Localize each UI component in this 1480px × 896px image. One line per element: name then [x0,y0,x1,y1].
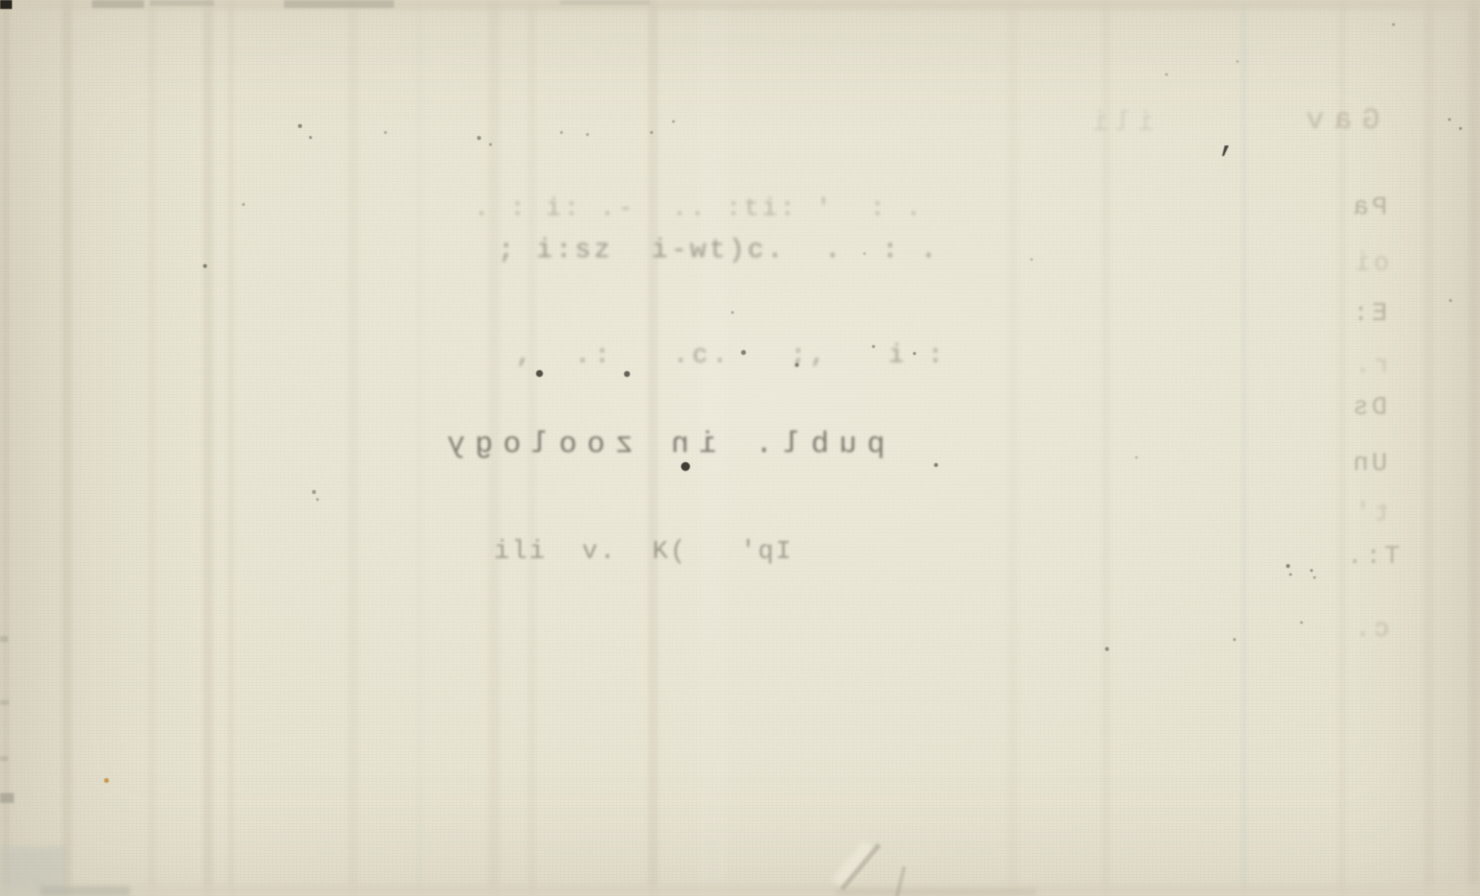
paper-streak [1243,0,1245,896]
corner-nick [0,0,12,9]
dust-speck [1286,564,1290,568]
paper-streak [1468,0,1480,896]
bleed-text-col-row3: E: [1350,300,1387,326]
left-edge-mark [0,756,8,761]
dust-speck [298,124,302,128]
bleed-text-col-row6: Un [1350,450,1387,476]
bleed-text-line5: ili v. K( 'qI [494,538,793,564]
bleed-text-line2: ; i:sz i-wt)c. . : . [498,238,940,265]
dust-speck [672,120,675,123]
dust-speck [1165,73,1168,76]
dust-speck [1313,576,1316,579]
dust-speck [1105,647,1109,651]
dust-speck [312,490,316,494]
top-edge-smudge [284,0,394,8]
dust-speck [1030,258,1033,261]
dust-speck [316,498,319,501]
bleed-text-title-gav: Gav [1296,106,1380,136]
paper-streak [348,0,358,896]
dust-speck [650,131,653,134]
dust-speck [489,143,492,146]
bleed-text-col-row5: Ds [1350,394,1387,420]
bleed-text-title-strokes: ili [1086,110,1154,138]
dust-speck [309,136,312,139]
dust-speck [1233,638,1236,641]
dust-speck [1310,569,1313,572]
dust-speck [934,463,938,467]
bleed-text-line4-publ-in-zoology: publ. in zoology [437,430,885,460]
bleed-text-col-row8: T:. [1344,543,1400,569]
dust-speck [1236,60,1239,63]
dust-speck [536,370,543,377]
top-edge-smudge [560,0,650,5]
bottom-edge-band [0,884,1480,896]
paper-streak [228,0,234,896]
dust-speck [731,311,734,314]
dust-speck [681,462,690,471]
dust-speck [586,133,589,136]
paper-streak [203,0,213,896]
bleed-text-line3: , .: .c. ;, i : [516,342,947,368]
dust-speck [1300,621,1303,624]
bleed-text-col-row4: r. [1352,352,1389,378]
dust-speck [104,778,109,783]
bleed-text-line1: . : i: .- .. :ti: ' : . [474,196,924,221]
paper-streak [1008,0,1018,896]
dust-speck [560,131,563,134]
bleed-text-title-comma: , [1218,126,1237,158]
dust-speck [1459,127,1462,130]
dust-speck [384,131,387,134]
top-edge-smudge [150,0,214,6]
bleed-text-col-row1: Pa [1350,194,1387,220]
bleed-text-col-row9: c. [1352,616,1389,642]
top-edge-smudge [92,0,144,8]
dust-speck [1449,299,1452,302]
dust-speck [1135,456,1138,459]
paper-streak [1424,0,1434,896]
left-edge-mark [0,636,8,642]
left-edge-mark [0,700,9,705]
paper-streak [418,0,421,896]
dust-speck [477,136,481,140]
crease-highlight [832,841,876,890]
paper-streak [148,0,156,896]
left-edge-mark [0,793,14,803]
dust-speck [1289,573,1292,576]
dust-speck [203,264,207,268]
paper-streak [62,0,72,896]
bottom-edge-smudge [40,886,130,896]
dust-speck [624,371,630,377]
bottom-edge-smudge [836,888,1036,896]
dust-speck [1392,23,1395,26]
dust-speck [1448,118,1451,121]
dust-speck [242,203,245,206]
top-edge-band [0,0,1480,10]
bleed-text-col-row7: t' [1352,500,1389,526]
paper-streak [3,0,9,896]
bleed-text-col-row2: oi [1352,250,1389,276]
scanned-card-verso: Gavili,. : i: .- .. :ti: ' : .; i:sz i-w… [0,0,1480,896]
